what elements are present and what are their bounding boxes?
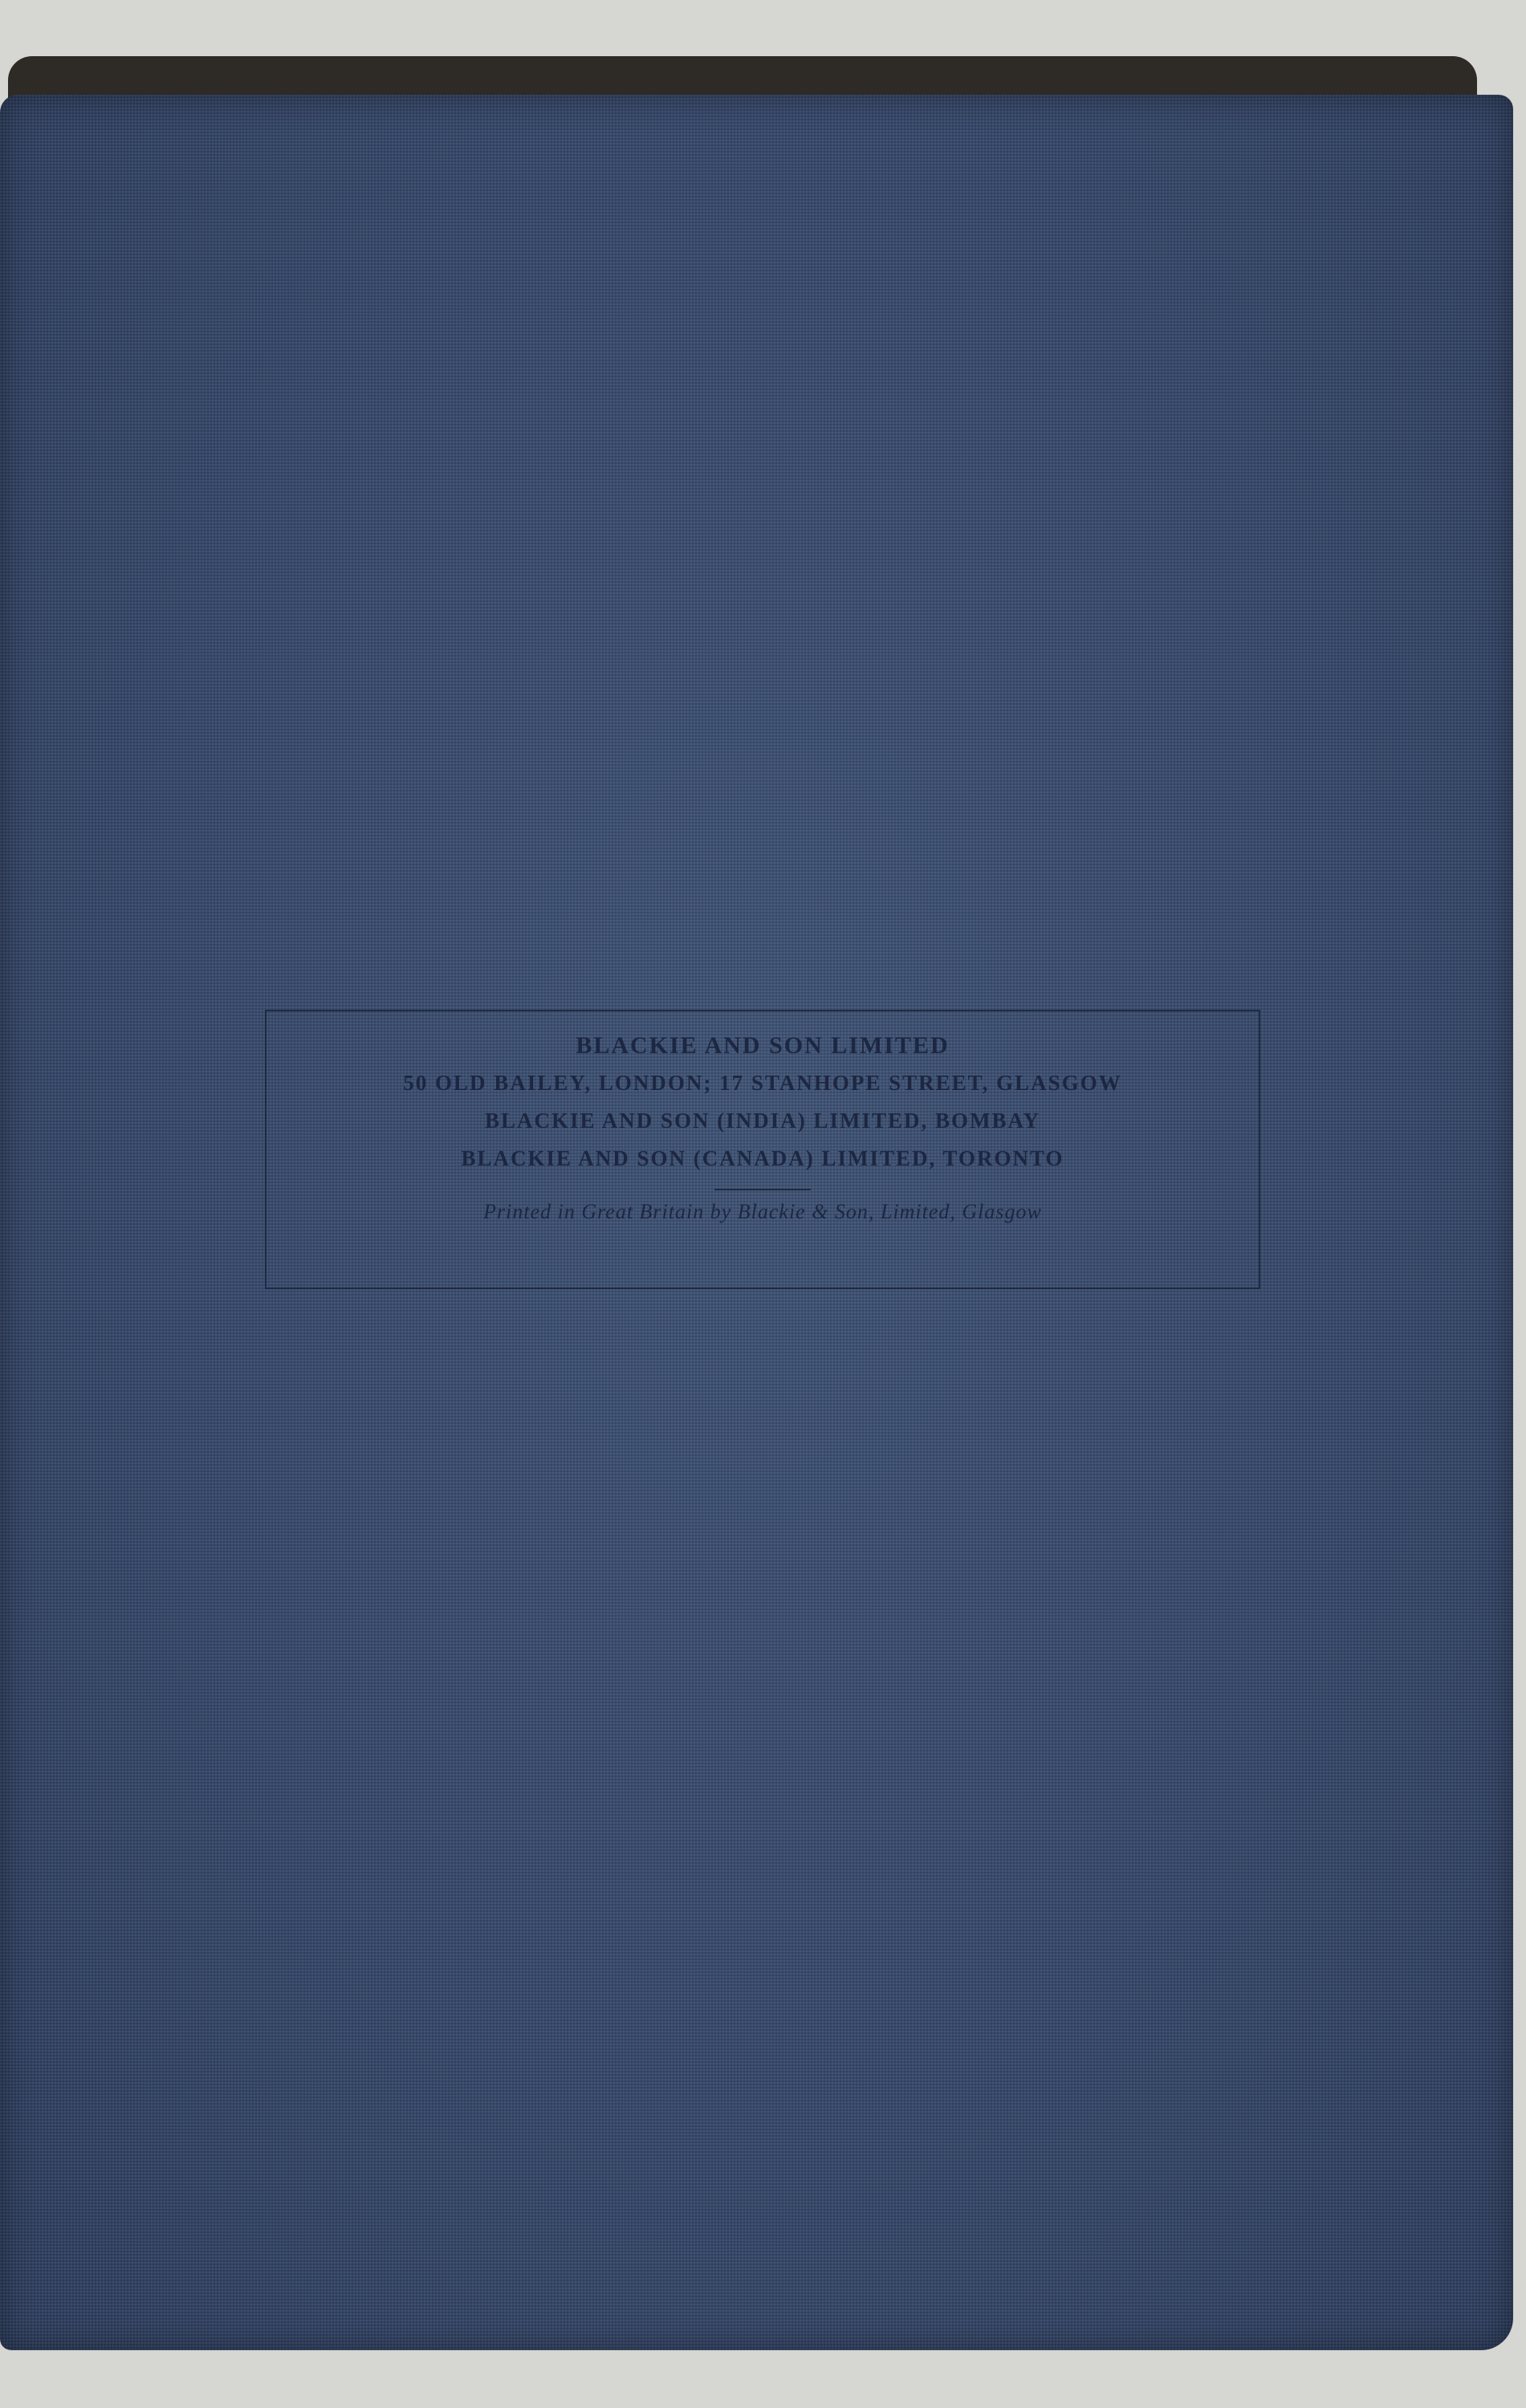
divider-rule (714, 1189, 811, 1190)
address-london-glasgow: 50 Old Bailey, London; 17 Stanhope Stree… (267, 1071, 1259, 1096)
address-india: Blackie and Son (India) Limited, Bombay (267, 1108, 1259, 1133)
publisher-name: Blackie and Son Limited (267, 1032, 1259, 1060)
publisher-imprint-box: Blackie and Son Limited 50 Old Bailey, L… (265, 1010, 1260, 1289)
address-canada: Blackie and Son (Canada) Limited, Toront… (267, 1146, 1259, 1171)
printed-by-line: Printed in Great Britain by Blackie & So… (267, 1200, 1259, 1224)
